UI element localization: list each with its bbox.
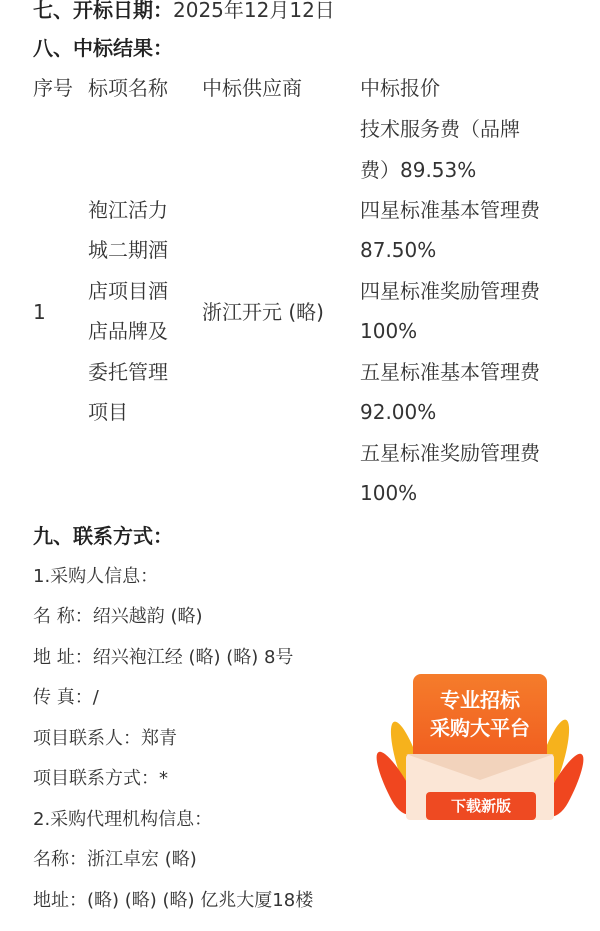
- item-name-line: 委托管理: [88, 358, 168, 386]
- promo-banner[interactable]: 专业招标 采购大平台 下载新版: [380, 670, 580, 830]
- agency-address: 地址：(略) (略) (略) 亿兆大厦18楼: [33, 887, 313, 915]
- price-line: 87.50%: [360, 236, 436, 264]
- item-name-line: 袍江活力: [88, 196, 168, 224]
- price-line: 四星标准基本管理费: [360, 196, 540, 224]
- row-index: 1: [33, 298, 46, 326]
- header-price: 中标报价: [360, 74, 440, 102]
- agency-name: 名称：浙江卓宏 (略): [33, 846, 197, 874]
- price-line: 技术服务费（品牌: [360, 115, 520, 143]
- price-line: 100%: [360, 479, 417, 507]
- header-supplier: 中标供应商: [202, 74, 302, 102]
- item-name-line: 城二期酒: [88, 236, 168, 264]
- price-line: 92.00%: [360, 398, 436, 426]
- section-7-label: 七、开标日期：: [33, 0, 173, 22]
- item-name-line: 项目: [88, 398, 128, 426]
- download-new-version-button[interactable]: 下载新版: [426, 792, 536, 820]
- item-name-line: 店品牌及: [88, 317, 168, 345]
- price-line: 费）89.53%: [360, 156, 476, 184]
- price-line: 五星标准基本管理费: [360, 358, 540, 386]
- row-supplier: 浙江开元 (略): [202, 298, 324, 326]
- header-index: 序号: [33, 74, 73, 102]
- purchaser-info-heading: 1.采购人信息：: [33, 563, 158, 591]
- project-contact-person: 项目联系人：郑青: [33, 725, 177, 753]
- promo-line-2: 采购大平台: [413, 714, 547, 742]
- agency-info-heading: 2.采购代理机构信息：: [33, 806, 212, 834]
- section-8-title: 八、中标结果：: [33, 34, 173, 62]
- price-line: 100%: [360, 317, 417, 345]
- price-line: 五星标准奖励管理费: [360, 439, 540, 467]
- bid-opening-date: 七、开标日期：2025年12月12日: [33, 0, 335, 24]
- promo-line-1: 专业招标: [413, 686, 547, 714]
- bid-opening-date-value: 2025年12月12日: [173, 0, 335, 22]
- purchaser-fax: 传 真：/: [33, 684, 99, 712]
- item-name-line: 店项目酒: [88, 277, 168, 305]
- header-item-name: 标项名称: [88, 74, 168, 102]
- section-9-title: 九、联系方式：: [33, 522, 173, 550]
- project-contact-method: 项目联系方式：*: [33, 765, 168, 793]
- purchaser-name: 名 称：绍兴越韵 (略): [33, 603, 203, 631]
- purchaser-address: 地 址：绍兴袍江经 (略) (略) 8号: [33, 644, 293, 672]
- price-line: 四星标准奖励管理费: [360, 277, 540, 305]
